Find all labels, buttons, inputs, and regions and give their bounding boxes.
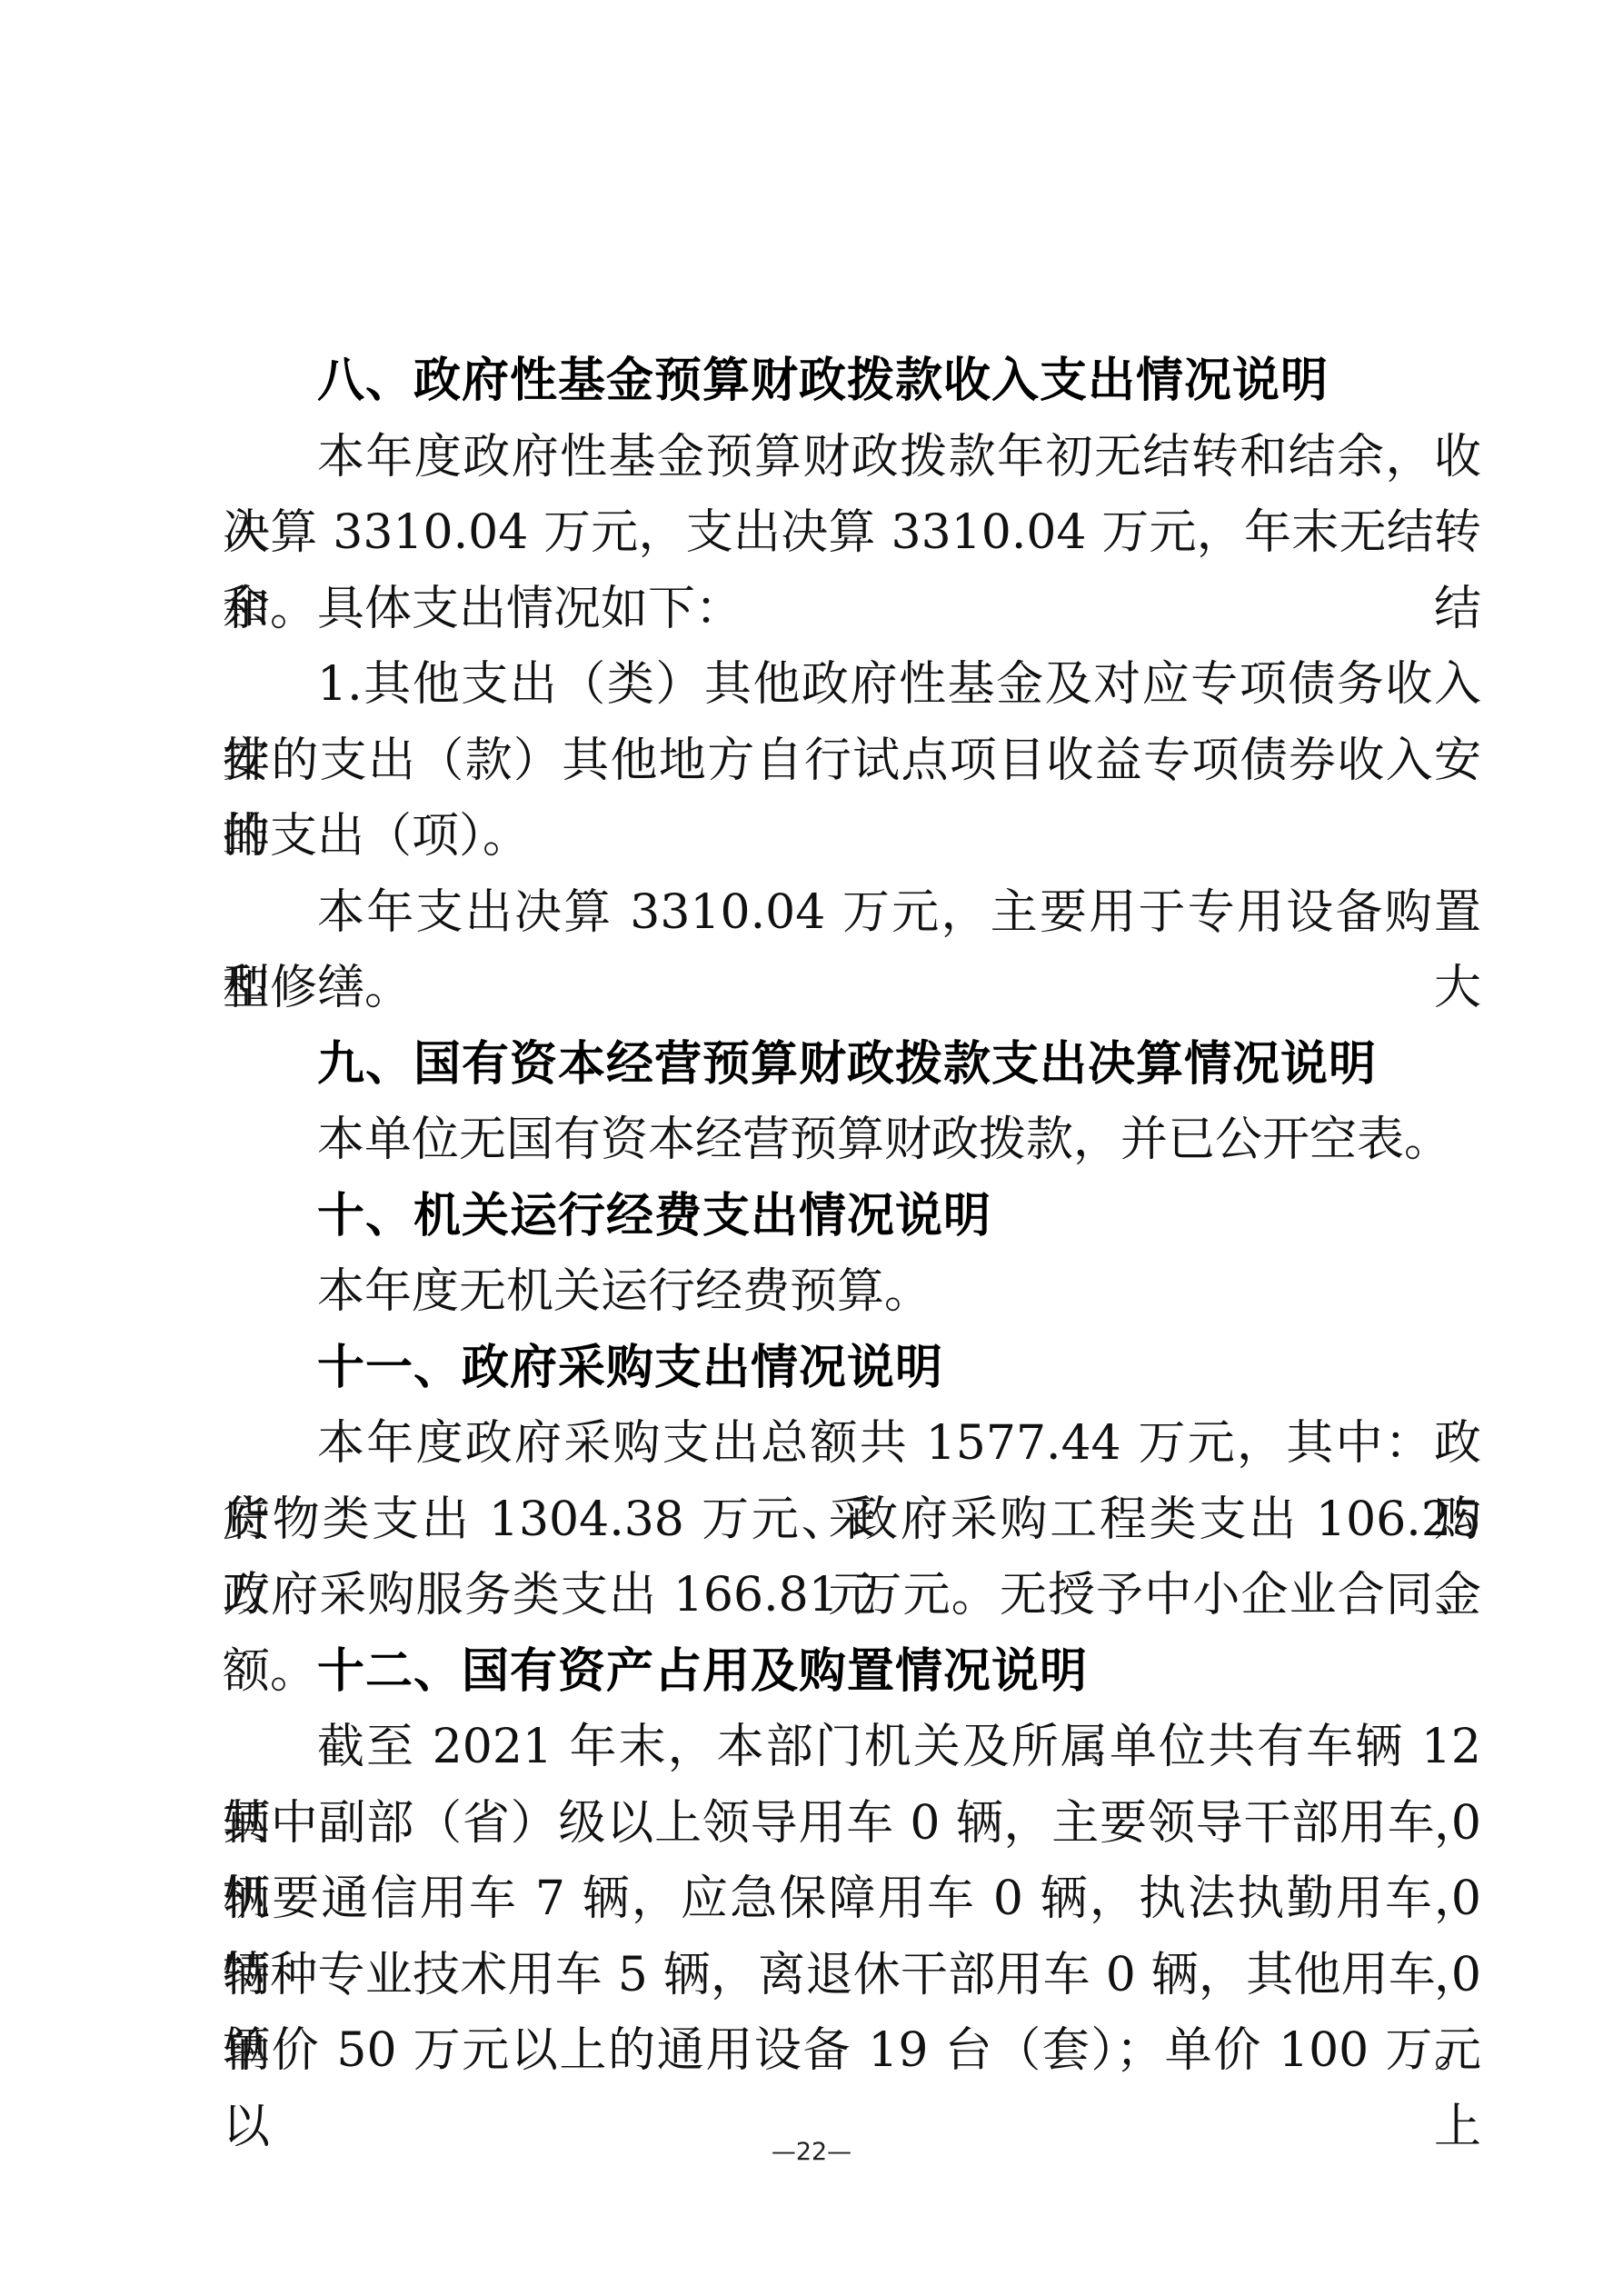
- paragraph-line: 本年度政府采购支出总额共 1577.44 万元，其中：政府采购: [223, 1406, 1481, 1482]
- paragraph: 本年支出决算 3310.04 万元，主要用于专用设备购置和大型修缮。: [223, 875, 1481, 1027]
- paragraph-line: 决算 3310.04 万元，支出决算 3310.04 万元，年末无结转和结: [223, 495, 1481, 572]
- paragraph-line: 特种专业技术用车 5 辆，离退休干部用车 0 辆，其他用车 0 辆。: [223, 1938, 1481, 2014]
- document-page: 八、政府性基金预算财政拨款收入支出情况说明本年度政府性基金预算财政拨款年初无结转…: [0, 0, 1623, 2296]
- paragraph-line: 排的支出（款）其他地方自行试点项目收益专项债券收入安排: [223, 724, 1481, 800]
- paragraph: 截至 2021 年末，本部门机关及所属单位共有车辆 12 辆，其中副部（省）级以…: [223, 1710, 1481, 2090]
- paragraph-line: 本年度无机关运行经费预算。: [223, 1254, 1481, 1331]
- paragraph-line: 政府采购服务类支出 166.81 万元。无授予中小企业合同金额。: [223, 1558, 1481, 1634]
- page-number: —22—: [772, 2138, 851, 2166]
- section-heading: 九、国有资本经营预算财政拨款支出决算情况说明: [223, 1027, 1481, 1103]
- section-heading: 十、机关运行经费支出情况说明: [223, 1179, 1481, 1255]
- paragraph-line: 的支出（项）。: [223, 799, 1481, 875]
- paragraph-line: 本年度政府性基金预算财政拨款年初无结转和结余，收入: [223, 420, 1481, 496]
- heading-text: 十、机关运行经费支出情况说明: [223, 1179, 1481, 1255]
- paragraph-line: 本单位无国有资本经营预算财政拨款，并已公开空表。: [223, 1103, 1481, 1179]
- section-heading: 十二、国有资产占用及购置情况说明: [223, 1634, 1481, 1711]
- paragraph-line: 单价 50 万元以上的通用设备 19 台（套）；单价 100 万元以上: [223, 2013, 1481, 2090]
- section-heading: 八、政府性基金预算财政拨款收入支出情况说明: [223, 344, 1481, 420]
- paragraph: 本单位无国有资本经营预算财政拨款，并已公开空表。: [223, 1103, 1481, 1179]
- document-content: 八、政府性基金预算财政拨款收入支出情况说明本年度政府性基金预算财政拨款年初无结转…: [223, 344, 1481, 2090]
- paragraph-line: 本年支出决算 3310.04 万元，主要用于专用设备购置和大: [223, 875, 1481, 952]
- paragraph-line: 其中副部（省）级以上领导用车 0 辆，主要领导干部用车 0 辆，: [223, 1786, 1481, 1862]
- paragraph-line: 截至 2021 年末，本部门机关及所属单位共有车辆 12 辆，: [223, 1710, 1481, 1786]
- paragraph-line: 货物类支出 1304.38 万元、政府采购工程类支出 106.25 万元、: [223, 1482, 1481, 1559]
- paragraph: 1.其他支出（类）其他政府性基金及对应专项债务收入安排的支出（款）其他地方自行试…: [223, 647, 1481, 875]
- paragraph: 本年度政府性基金预算财政拨款年初无结转和结余，收入决算 3310.04 万元，支…: [223, 420, 1481, 648]
- page-footer: —22—: [0, 2125, 1623, 2180]
- heading-text: 八、政府性基金预算财政拨款收入支出情况说明: [223, 344, 1481, 420]
- heading-text: 九、国有资本经营预算财政拨款支出决算情况说明: [223, 1027, 1481, 1103]
- section-heading: 十一、政府采购支出情况说明: [223, 1331, 1481, 1407]
- paragraph: 本年度政府采购支出总额共 1577.44 万元，其中：政府采购货物类支出 130…: [223, 1406, 1481, 1634]
- paragraph-line: 1.其他支出（类）其他政府性基金及对应专项债务收入安: [223, 647, 1481, 724]
- heading-text: 十一、政府采购支出情况说明: [223, 1331, 1481, 1407]
- paragraph-line: 机要通信用车 7 辆，应急保障用车 0 辆，执法执勤用车 0 辆，: [223, 1862, 1481, 1938]
- heading-text: 十二、国有资产占用及购置情况说明: [223, 1634, 1481, 1711]
- paragraph: 本年度无机关运行经费预算。: [223, 1254, 1481, 1331]
